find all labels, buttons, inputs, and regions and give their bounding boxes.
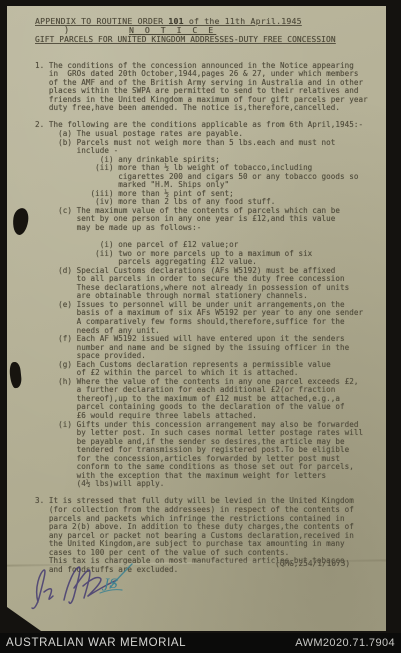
notice-heading: N O T I C E: [129, 25, 216, 35]
initials-js: JS: [100, 564, 132, 593]
archive-accession-number: AWM2020.71.7904: [295, 637, 395, 649]
scanned-document-viewer: APPENDIX TO ROUTINE ORDER 101 of the 11t…: [0, 0, 401, 653]
archive-name: AUSTRALIAN WAR MEMORIAL: [6, 637, 186, 649]
typewritten-body: 1. The conditions of the concession anno…: [35, 62, 368, 575]
document-title: GIFT PARCELS FOR UNITED KINGDOM ADDRESSE…: [35, 35, 336, 44]
archive-footer: AUSTRALIAN WAR MEMORIAL AWM2020.71.7904: [0, 633, 401, 653]
document-page: APPENDIX TO ROUTINE ORDER 101 of the 11t…: [7, 6, 386, 631]
handwritten-signatures: JS: [20, 558, 170, 620]
